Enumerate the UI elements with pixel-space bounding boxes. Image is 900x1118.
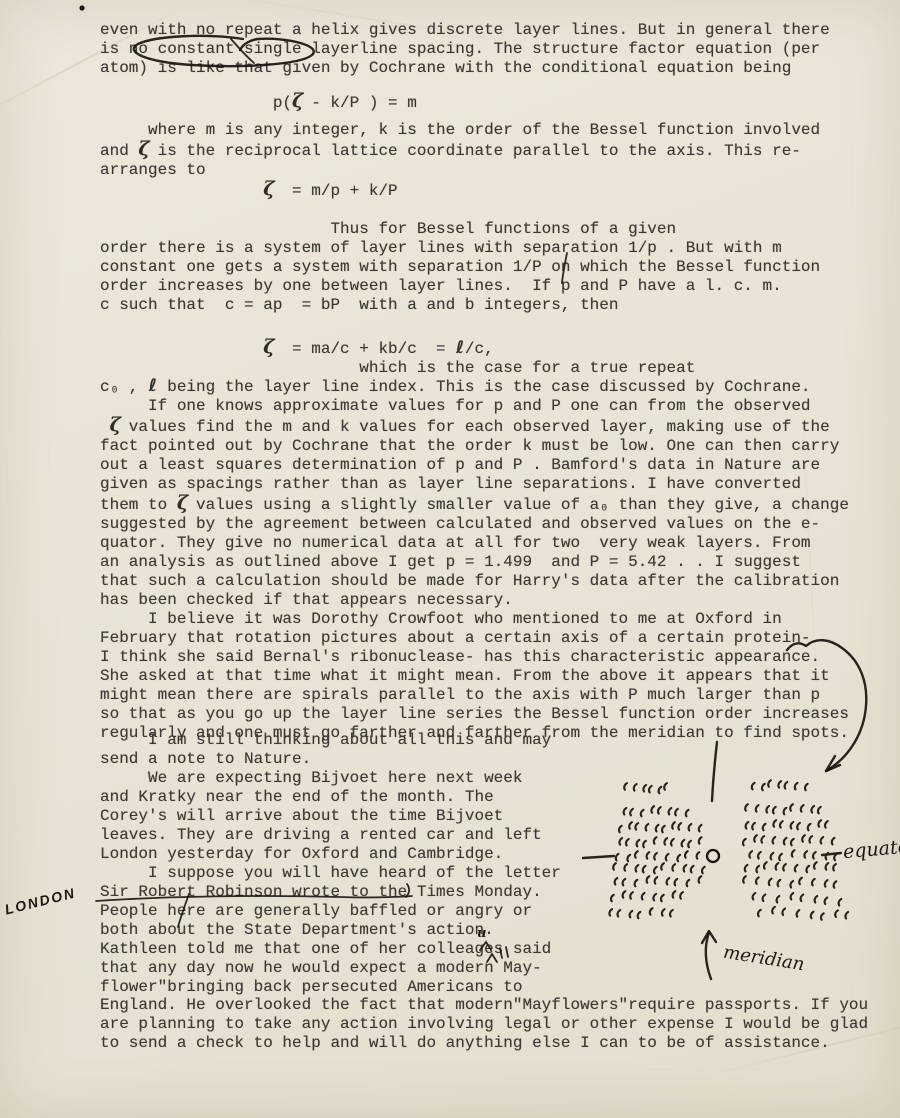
diffraction-spot	[754, 835, 757, 842]
diffraction-spot	[818, 820, 821, 827]
diagram-meridian-arrow-head	[702, 931, 716, 943]
diffraction-spot	[825, 898, 828, 905]
diffraction-spot	[811, 912, 814, 919]
diffraction-spot	[758, 852, 761, 859]
diffraction-spot	[664, 838, 667, 845]
diffraction-spot	[613, 863, 616, 870]
diffraction-spot	[776, 863, 779, 870]
diffraction-spot	[756, 877, 759, 884]
diffraction-spot	[785, 782, 788, 789]
diffraction-spot	[627, 855, 630, 862]
zeta-glyph: ζ	[138, 140, 148, 159]
diffraction-spot	[821, 837, 824, 844]
diffraction-spot	[689, 824, 692, 831]
diffraction-spot	[662, 909, 665, 916]
diffraction-spot	[634, 784, 637, 791]
diffraction-spot	[675, 879, 678, 886]
diffraction-spot	[752, 783, 755, 790]
diffraction-spot	[784, 838, 787, 845]
diffraction-spot	[615, 878, 618, 885]
diffraction-spot	[812, 879, 815, 886]
diffraction-spot	[826, 853, 829, 860]
diffraction-spot	[670, 910, 673, 917]
diffraction-spot	[771, 853, 774, 860]
diffraction-spot	[685, 851, 688, 858]
diffraction-spot	[611, 895, 614, 902]
diffraction-spot	[609, 909, 612, 916]
diffraction-spot	[684, 865, 687, 872]
diffraction-spot	[745, 865, 748, 872]
diffraction-spot	[647, 876, 650, 883]
diffraction-spot	[623, 879, 626, 886]
diffraction-spot	[791, 839, 794, 846]
diffraction-spot	[647, 852, 650, 859]
diffraction-spot	[654, 867, 657, 874]
diffraction-spot	[699, 876, 702, 883]
typed-paragraph-4: ζ = ma/c + kb/c = ℓ/c, which is the case…	[100, 338, 849, 743]
diffraction-spot	[813, 852, 816, 859]
diffraction-spot	[784, 808, 787, 815]
diffraction-spot	[616, 854, 619, 861]
diffraction-spot	[664, 783, 667, 790]
diffraction-spot	[834, 881, 837, 888]
diffraction-spot	[763, 824, 766, 831]
diffraction-spot	[623, 891, 626, 898]
diffraction-spot	[649, 786, 652, 793]
diffraction-spot	[642, 893, 645, 900]
diffraction-spot	[763, 895, 766, 902]
typed-paragraph-3: Thus for Bessel functions of a given ord…	[100, 220, 820, 315]
diffraction-spot	[687, 880, 690, 887]
diffraction-spot	[650, 908, 653, 915]
diffraction-dots	[609, 780, 848, 920]
diffraction-spot	[826, 863, 829, 870]
ink-dot	[79, 5, 84, 10]
typed-paragraph-6: England. He overlooked the fact that mod…	[100, 996, 868, 1053]
diffraction-spot	[630, 892, 633, 899]
diffraction-spot	[806, 866, 809, 873]
diffraction-spot	[839, 899, 842, 906]
equator-label: equator	[842, 835, 900, 863]
diffraction-spot	[791, 822, 794, 829]
zeta-glyph: ζ	[110, 416, 120, 435]
diffraction-spot	[667, 878, 670, 885]
diffraction-spot	[624, 808, 627, 815]
diffraction-spot	[697, 852, 700, 859]
diffraction-spot	[815, 896, 818, 903]
diffraction-spot	[797, 910, 800, 917]
diffraction-spot	[666, 854, 669, 861]
diffraction-spot	[792, 850, 795, 857]
diffraction-spot	[756, 866, 759, 873]
diffraction-spot	[761, 836, 764, 843]
diffraction-spot	[675, 809, 678, 816]
diffraction-spot	[809, 836, 812, 843]
diffraction-spot	[671, 839, 674, 846]
diffraction-spot	[638, 912, 641, 919]
zeta-glyph: ζ	[292, 92, 302, 111]
diffraction-spot	[635, 823, 638, 830]
diffraction-spot	[630, 809, 633, 816]
london-margin-note: LONDON	[3, 884, 77, 917]
diffraction-spot	[653, 894, 656, 901]
letter-page: even with no repeat a helix gives discre…	[0, 0, 900, 1118]
curved-arrow-head	[826, 756, 840, 771]
diffraction-spot	[661, 895, 664, 902]
diffraction-spot	[749, 851, 752, 858]
diffraction-spot	[778, 880, 781, 887]
diffraction-spot	[779, 854, 782, 861]
diffraction-spot	[619, 838, 622, 845]
diffraction-spot	[780, 821, 783, 828]
zeta-glyph: ζ	[263, 338, 273, 357]
diffraction-spot	[818, 807, 821, 814]
diagram-equator-dash-right	[822, 853, 841, 855]
typed-paragraph-1: even with no repeat a helix gives discre…	[100, 21, 830, 78]
diffraction-spot	[743, 839, 746, 846]
diffraction-spot	[777, 896, 780, 903]
equation-1: p(ζ - k/P ) = m	[100, 92, 417, 113]
diffraction-spot	[752, 823, 755, 830]
diffraction-spot	[673, 891, 676, 898]
diffraction-spot	[643, 841, 646, 848]
diffraction-spot	[643, 785, 646, 792]
zeta-glyph: ζ	[177, 494, 187, 513]
diffraction-spot	[635, 851, 638, 858]
diffraction-spot	[702, 867, 705, 874]
diffraction-spot	[833, 864, 836, 871]
diffraction-spot	[656, 825, 659, 832]
diffraction-spot	[641, 810, 644, 817]
diffraction-spot	[629, 822, 632, 829]
diffraction-spot	[743, 876, 746, 883]
diffraction-spot	[801, 895, 804, 902]
diffraction-spot	[773, 820, 776, 827]
diffraction-spot	[790, 881, 793, 888]
diffraction-spot	[832, 838, 835, 845]
diffraction-spot	[769, 879, 772, 886]
inserted-u-note: u	[477, 926, 486, 941]
diffraction-spot	[659, 787, 662, 794]
diffraction-spot	[762, 784, 765, 791]
diffraction-spot	[825, 880, 828, 887]
diffraction-spot	[773, 837, 776, 844]
diffraction-spot	[661, 863, 664, 870]
diffraction-spot	[630, 911, 633, 918]
diffraction-spot	[624, 864, 627, 871]
diffraction-spot	[662, 826, 665, 833]
diagram-meridian-arrow	[706, 933, 711, 979]
diffraction-spot	[651, 806, 654, 813]
diffraction-spot	[835, 910, 838, 917]
diffraction-spot	[802, 835, 805, 842]
diffraction-spot	[699, 825, 702, 832]
diffraction-spot	[782, 909, 785, 916]
diffraction-spot	[805, 784, 808, 791]
diffraction-spot	[808, 824, 811, 831]
diffraction-spot	[680, 892, 683, 899]
zeta-glyph: ζ	[263, 180, 273, 199]
diffraction-spot	[797, 823, 800, 830]
diffraction-spot	[834, 854, 837, 861]
script-l-glyph: ℓ	[148, 378, 158, 395]
diffraction-spot	[658, 807, 661, 814]
diffraction-spot	[686, 810, 689, 817]
diffraction-spot	[768, 780, 771, 787]
diffraction-spot	[790, 804, 793, 811]
diffraction-spot	[753, 893, 756, 900]
diffraction-spot	[643, 866, 646, 873]
diffraction-spot	[646, 824, 649, 831]
diffraction-spot	[772, 907, 775, 914]
diffraction-spot	[804, 851, 807, 858]
diffraction-spot	[619, 826, 622, 833]
diffraction-spot	[635, 880, 638, 887]
diffraction-spot	[672, 822, 675, 829]
diffraction-spot	[783, 864, 786, 871]
diffraction-spot	[825, 821, 828, 828]
diffraction-spot	[688, 841, 691, 848]
typed-paragraph-5: I am still thinking about all this and m…	[100, 731, 561, 997]
diffraction-spot	[845, 912, 848, 919]
diffraction-spot	[766, 806, 769, 813]
diffraction-spot	[691, 866, 694, 873]
meridian-label: meridian	[722, 942, 806, 976]
typed-paragraph-2: where m is any integer, k is the order o…	[100, 121, 820, 201]
diffraction-spot	[821, 913, 824, 920]
diagram-meridian-axis	[712, 742, 717, 801]
diffraction-spot	[654, 837, 657, 844]
diffraction-spot	[814, 862, 817, 869]
diffraction-spot	[624, 783, 627, 790]
diffraction-spot	[626, 839, 629, 846]
diffraction-spot	[654, 853, 657, 860]
diffraction-spot	[672, 864, 675, 871]
diffraction-spot	[699, 837, 702, 844]
diffraction-spot	[636, 865, 639, 872]
diffraction-spot	[758, 910, 761, 917]
diffraction-spot	[682, 840, 685, 847]
diffraction-spot	[746, 822, 749, 829]
diffraction-spot	[745, 804, 748, 811]
diffraction-spot	[795, 783, 798, 790]
script-l-glyph: ℓ	[455, 340, 465, 357]
diffraction-spot	[669, 808, 672, 815]
diffraction-spot	[801, 805, 804, 812]
diagram-equator-dash-left	[583, 856, 614, 858]
diffraction-spot	[655, 877, 658, 884]
diffraction-spot	[773, 807, 776, 814]
diffraction-spot	[678, 823, 681, 830]
diffraction-spot	[617, 910, 620, 917]
diagram-origin-circle	[707, 850, 719, 862]
diffraction-spot	[795, 865, 798, 872]
diffraction-spot	[677, 855, 680, 862]
diffraction-spot	[799, 878, 802, 885]
diffraction-spot	[637, 840, 640, 847]
diffraction-spot	[764, 862, 767, 869]
diffraction-spot	[811, 806, 814, 813]
diffraction-spot	[756, 805, 759, 812]
diffraction-spot	[791, 893, 794, 900]
diffraction-spot	[778, 781, 781, 788]
